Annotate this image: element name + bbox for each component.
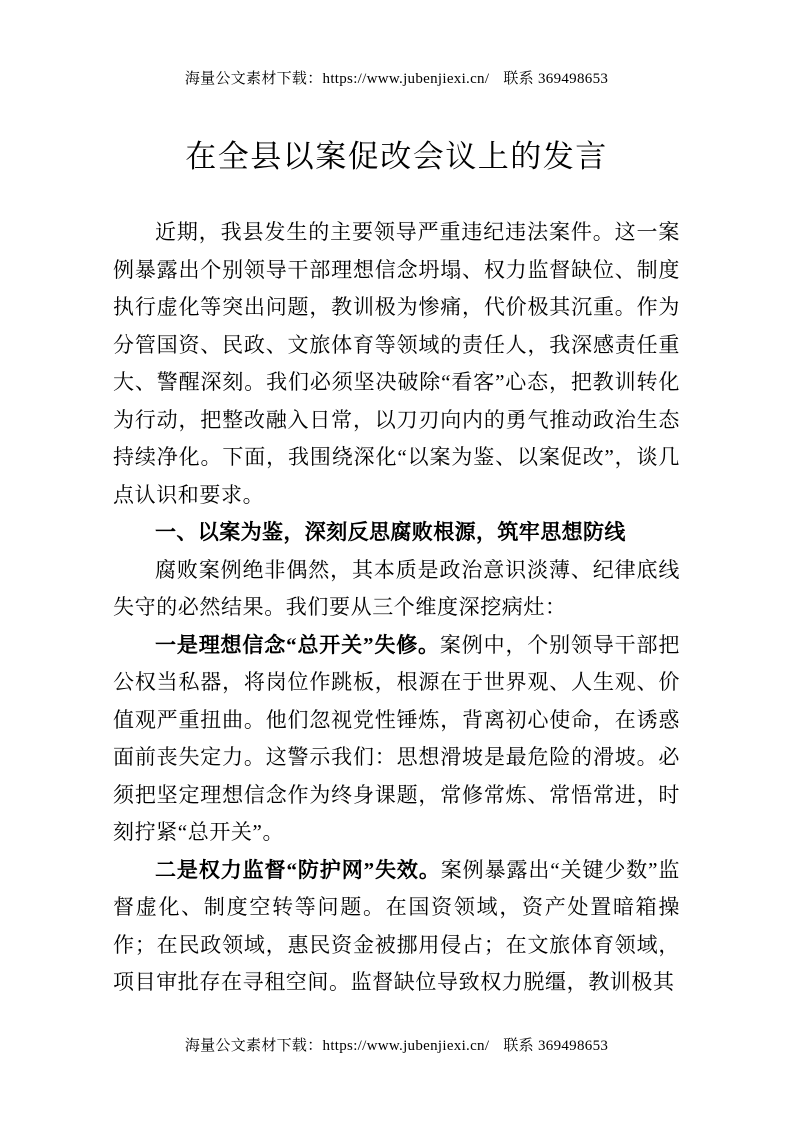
document-page: 海量公文素材下载：https://www.jubenjiexi.cn/联系 36… (0, 0, 793, 1122)
page-footer: 海量公文素材下载：https://www.jubenjiexi.cn/联系 36… (0, 1034, 793, 1055)
section-heading-1: 一、以案为鉴，深刻反思腐败根源，筑牢思想防线 (113, 514, 680, 552)
point-1-text: 案例中，个别领导干部把公权当私器，将岗位作跳板，根源在于世界观、人生观、价值观严… (113, 633, 680, 845)
header-contact: 联系 369498653 (503, 71, 608, 87)
paragraph-point-1: 一是理想信念“总开关”失修。案例中，个别领导干部把公权当私器，将岗位作跳板，根源… (113, 627, 680, 852)
point-1-lead: 一是理想信念“总开关”失修。 (155, 633, 440, 657)
page-header: 海量公文素材下载：https://www.jubenjiexi.cn/联系 36… (0, 67, 793, 88)
paragraph-point-2: 二是权力监督“防护网”失效。案例暴露出“关键少数”监督虚化、制度空转等问题。在国… (113, 852, 680, 1002)
document-body: 近期，我县发生的主要领导严重违纪违法案件。这一案例暴露出个别领导干部理想信念坍塌… (113, 214, 680, 1002)
document-title: 在全县以案促改会议上的发言 (0, 131, 793, 176)
point-2-lead: 二是权力监督“防护网”失效。 (155, 858, 441, 882)
header-label: 海量公文素材下载： (185, 71, 323, 87)
header-url-link[interactable]: https://www.jubenjiexi.cn/ (323, 71, 490, 87)
footer-contact: 联系 369498653 (503, 1038, 608, 1054)
paragraph-intro: 近期，我县发生的主要领导严重违纪违法案件。这一案例暴露出个别领导干部理想信念坍塌… (113, 214, 680, 514)
footer-label: 海量公文素材下载： (185, 1038, 323, 1054)
paragraph-root-cause: 腐败案例绝非偶然，其本质是政治意识淡薄、纪律底线失守的必然结果。我们要从三个维度… (113, 552, 680, 627)
footer-url-link[interactable]: https://www.jubenjiexi.cn/ (323, 1038, 490, 1054)
